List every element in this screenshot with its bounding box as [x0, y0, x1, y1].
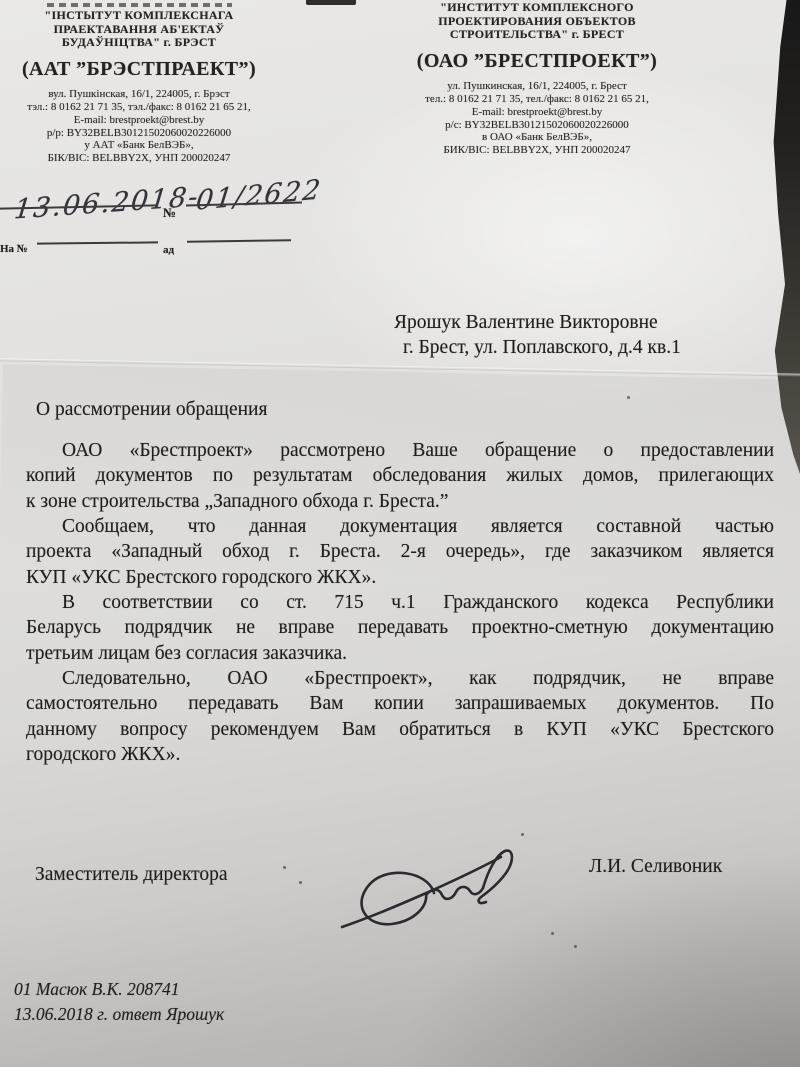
clipped-logo-remnant [306, 0, 356, 5]
addressee-name: Ярошук Валентине Викторовне [394, 311, 681, 336]
letterhead-belarusian: "ІНСТЫТУТ КОМПЛЕКСНАГАПРАЕКТАВАННЯ АБ'ЕК… [10, 3, 268, 165]
letterhead-detail-line: тел.: 8 0162 21 71 35, тел./факс: 8 0162… [404, 93, 670, 106]
letterhead-left-header: "ІНСТЫТУТ КОМПЛЕКСНАГАПРАЕКТАВАННЯ АБ'ЕК… [10, 9, 268, 50]
letterhead-detail-line: р/р: BY32BELB30121502060020226000 [10, 127, 268, 140]
executor-note: 01 Масюк В.К. 208741 13.06.2018 г. ответ… [14, 977, 224, 1027]
letterhead-header-line: "ІНСТЫТУТ КОМПЛЕКСНАГА [10, 9, 268, 23]
letterhead-right-details: ул. Пушкинская, 16/1, 224005, г. Брестте… [404, 80, 670, 157]
body-line: самостоятельно передавать Вам копии запр… [26, 691, 774, 716]
org-name-russian: (ОАО ”БРЕСТПРОЕКТ”) [404, 50, 670, 72]
scanned-letter-page: "ІНСТЫТУТ КОМПЛЕКСНАГАПРАЕКТАВАННЯ АБ'ЕК… [0, 0, 800, 1067]
handwritten-outgoing-number: 01/2622 [194, 174, 324, 216]
signer-position: Заместитель директора [35, 864, 228, 886]
letterhead-russian: "ИНСТИТУТ КОМПЛЕКСНОГОПРОЕКТИРОВАНИЯ ОБЪ… [404, 1, 670, 157]
letterhead-detail-line: E-mail: brestproekt@brest.by [404, 106, 670, 119]
body-line: КУП «УКС Брестского городского ЖКХ». [26, 565, 774, 590]
addressee-address: г. Брест, ул. Поплавского, д.4 кв.1 [394, 336, 681, 361]
paper-speck [551, 932, 554, 935]
clipped-text-fragment [47, 3, 232, 7]
body-paragraph: ОАО «Брестпроект» рассмотрено Ваше обращ… [26, 438, 774, 514]
handwritten-signature [338, 843, 538, 938]
reply-from-date-label: ад [163, 244, 174, 256]
letterhead-detail-line: ул. Пушкинская, 16/1, 224005, г. Брест [404, 80, 670, 93]
response-line: 13.06.2018 г. ответ Ярошук [14, 1002, 224, 1027]
letterhead-detail-line: вул. Пушкінская, 16/1, 224005, г. Брэст [10, 88, 268, 101]
letterhead-detail-line: в ОАО «Банк БелВЭБ», [404, 131, 670, 144]
reply-to-number-label: На № [0, 243, 28, 255]
body-line: Беларусь подрядчик не вправе передавать … [26, 615, 774, 640]
letterhead-header-line: СТРОИТЕЛЬСТВА" г. БРЕСТ [404, 28, 670, 42]
letterhead-detail-line: тэл.: 8 0162 21 71 35, тэл./факс: 8 0162… [10, 101, 268, 114]
paper-speck [627, 396, 630, 399]
letterhead-detail-line: р/с: BY32BELB30121502060020226000 [404, 119, 670, 132]
letterhead-detail-line: БИК/ВІС: BELBBY2X, УНП 200020247 [404, 144, 670, 157]
body-paragraph: В соответствии со ст. 715 ч.1 Гражданско… [26, 590, 774, 666]
letterhead-left-details: вул. Пушкінская, 16/1, 224005, г. Брэстт… [10, 88, 268, 165]
body-paragraph: Сообщаем, что данная документация являет… [26, 514, 774, 590]
org-name-belarusian: (ААТ ”БРЭСТПРАЕКТ”) [10, 58, 268, 80]
signer-name: Л.И. Селивоник [589, 856, 722, 878]
body-line: копий документов по результатам обследов… [26, 463, 774, 488]
body-line: к зоне строительства „Западного обхода г… [26, 489, 774, 514]
reply-date-underline [187, 239, 291, 242]
addressee-block: Ярошук Валентине Викторовне г. Брест, ул… [394, 311, 681, 360]
body-line: Следовательно, ОАО «Брестпроект», как по… [26, 666, 774, 691]
paper-speck [299, 881, 302, 884]
subject-line: О рассмотрении обращения [36, 399, 267, 421]
letterhead-detail-line: E-mail: brestproekt@brest.by [10, 114, 268, 127]
body-line: данному вопросу рекомендуем Вам обратить… [26, 717, 774, 742]
letterhead-header-line: "ИНСТИТУТ КОМПЛЕКСНОГО [404, 1, 670, 15]
letterhead-detail-line: БІК/ВІС: BELBBY2X, УНП 200020247 [10, 152, 268, 165]
letterhead-right-header: "ИНСТИТУТ КОМПЛЕКСНОГОПРОЕКТИРОВАНИЯ ОБЪ… [404, 1, 670, 42]
body-paragraph: Следовательно, ОАО «Брестпроект», как по… [26, 666, 774, 767]
body-line: городского ЖКХ». [26, 742, 774, 767]
executor-line: 01 Масюк В.К. 208741 [14, 977, 224, 1002]
number-sign-label: № [163, 205, 176, 221]
body-line: третьим лицам без согласия заказчика. [26, 641, 774, 666]
body-line: ОАО «Брестпроект» рассмотрено Ваше обращ… [26, 438, 774, 463]
body-line: В соответствии со ст. 715 ч.1 Гражданско… [26, 590, 774, 615]
letter-body: ОАО «Брестпроект» рассмотрено Ваше обращ… [26, 438, 774, 767]
body-line: Сообщаем, что данная документация являет… [26, 514, 774, 539]
paper-speck [574, 945, 577, 948]
letterhead-detail-line: у ААТ «Банк БелВЭБ», [10, 139, 268, 152]
letterhead-header-line: ПРОЕКТИРОВАНИЯ ОБЪЕКТОВ [404, 15, 670, 29]
reply-number-underline [37, 241, 158, 244]
paper-speck [521, 833, 524, 836]
paper-speck [283, 866, 286, 869]
body-line: проекта «Западный обход г. Бреста. 2-я о… [26, 539, 774, 564]
letterhead-header-line: БУДАЎНІЦТВА" г. БРЭСТ [10, 36, 268, 50]
